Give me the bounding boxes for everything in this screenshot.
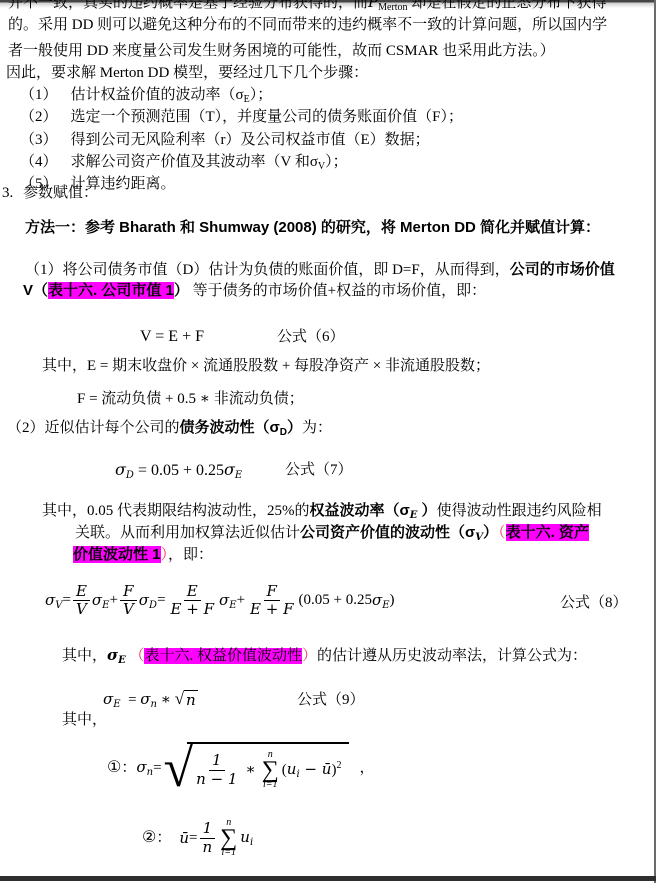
- formula-9: σE = σn ∗ √n: [103, 690, 198, 710]
- method-1-heading: 方法一：参考 Bharath 和 Shumway (2008) 的研究，将 Me…: [25, 219, 600, 238]
- para4: 其中，σE （表十六. 权益价值波动性）的估计遵从历史波动率法，计算公式为：: [62, 646, 587, 666]
- step-3-number: （3）: [20, 131, 58, 150]
- step-2: （2）选定一个预测范围（T），并度量公司的债务账面价值（F）；: [20, 108, 463, 127]
- step-2-text: 选定一个预测范围（T），并度量公司的债务账面价值（F）；: [71, 109, 464, 125]
- e-definition: 其中，E = 期末收盘价 × 流通股股数 + 每股净资产 × 非流通股股数；: [42, 357, 490, 376]
- formula-7-label: 公式（7）: [285, 461, 353, 480]
- formula-6-label: 公式（6）: [277, 328, 345, 347]
- formula-circ2: ② ： ū = 1n n∑i=1 ui: [142, 818, 253, 858]
- formula-7: σD = 0.05 + 0.25σE: [115, 460, 242, 481]
- step-3-text: 得到公司无风险利率（r）及公司权益市值（E）数据；: [71, 132, 430, 148]
- para1-line1-bold: 公司的市场价值: [510, 261, 615, 278]
- circled-1-icon: ①: [107, 758, 121, 778]
- summation: n∑i=1: [220, 818, 237, 858]
- para1-line2: V（表十六. 公司市值 1） 等于债务的市场价值+权益的市场价值，即：: [23, 282, 486, 301]
- section-3-number: 3.: [2, 185, 13, 201]
- pink-paren-open-2: （: [129, 648, 144, 664]
- section-3-title: 参数赋值：: [23, 185, 98, 201]
- p-merton-var: PMerton: [368, 0, 408, 11]
- document-page: 并不一致，真实的违约概率是基于经验分布获得的，而PMerton 却是在假定的正态…: [0, 0, 656, 883]
- fraction-1-n: 1n: [200, 820, 216, 856]
- qizhong-label: 其中，: [62, 711, 107, 730]
- fraction-F-EF: FE + F: [247, 583, 296, 619]
- formula-circ1: ① ： σn = √ 1n − 1 ∗ n∑i=1 (ui − ū)2 ，: [107, 742, 374, 794]
- highlight-company-value: 表十六. 公司市值 1: [48, 282, 174, 299]
- summation: n∑i=1: [262, 750, 279, 790]
- para3-line2: 关联。从而利用加权算法近似估计公司资产价值的波动性（σV）（表十六. 资产: [75, 524, 589, 543]
- big-radical: √ 1n − 1 ∗ n∑i=1 (ui − ū)2: [164, 742, 350, 794]
- section-3: 3. 参数赋值：: [2, 184, 98, 203]
- intro-line4: 因此，要求解 Merton DD 模型，要经过几下几个步骤：: [6, 64, 368, 83]
- formula-6: V = E + F: [140, 327, 204, 347]
- para1-line1: （1）将公司债务市值（D）估计为负债的账面价值，即 D=F，从而得到，公司的市场…: [25, 261, 615, 280]
- formula-8-label: 公式（8）: [560, 594, 628, 613]
- pink-paren-close: ）: [161, 547, 169, 563]
- intro-line2: 的。采用 DD 则可以避免这种分布的不同而带来的违约概率不一致的计算问题，所以国…: [8, 16, 607, 35]
- para1-line2-rest: 等于债务的市场价值+权益的市场价值，即：: [193, 283, 486, 299]
- para3-line3: 价值波动性 1），即：: [73, 546, 213, 565]
- pink-paren-open: （: [498, 525, 506, 541]
- para3-line1: 其中，0.05 代表期限结构波动性，25%的权益波动率（σE ）使得波动性跟违约…: [42, 502, 602, 521]
- highlight-equity-vol: 表十六. 权益价值波动性: [144, 648, 302, 664]
- pink-paren-close-2: ）: [302, 648, 317, 664]
- step-3: （3）得到公司无风险利率（r）及公司权益市值（E）数据；: [20, 131, 430, 150]
- circled-2-icon: ②: [142, 828, 156, 848]
- fraction-E-EF: EE + F: [168, 583, 217, 619]
- sqrt-n: √n: [175, 690, 198, 710]
- intro-line1: 并不一致，真实的违约概率是基于经验分布获得的，而PMerton 却是在假定的正态…: [8, 0, 606, 13]
- highlight-asset-vol-2: 价值波动性 1: [73, 546, 161, 563]
- formula-8: σV = EV σE + FV σD = EE + F σE + FE + F …: [45, 583, 395, 619]
- step-1-text: 估计权益价值的波动率（σ: [71, 87, 244, 103]
- fraction-F-V: FV: [120, 583, 137, 619]
- step-1: （1）估计权益价值的波动率（σE）；: [20, 86, 272, 105]
- para2: （2）近似估计每个公司的债务波动性（σD）为：: [7, 419, 332, 438]
- f-definition: F = 流动负债 + 0.5 ∗ 非流动负债；: [77, 390, 304, 409]
- intro-line1-rest: 却是在假定的正态分布下获得: [408, 0, 607, 11]
- step-4-text: 求解公司资产价值及其波动率（V 和σ: [71, 154, 318, 170]
- step-1-number: （1）: [20, 86, 58, 105]
- step-2-number: （2）: [20, 108, 58, 127]
- step-4: （4）求解公司资产价值及其波动率（V 和σV）；: [20, 153, 348, 172]
- radical-icon: √: [175, 690, 184, 709]
- intro-line1-text: 并不一致，真实的违约概率是基于经验分布获得的，而: [8, 0, 368, 11]
- page-bottom-bar: [0, 876, 656, 881]
- intro-line3: 者一般使用 DD 来度量公司发生财务困境的可能性，故而 CSMAR 也采用此方法…: [8, 42, 555, 61]
- fraction-E-V: EV: [73, 583, 90, 619]
- fraction-1-n-1: 1n − 1: [193, 752, 240, 788]
- highlight-asset-vol-1: 表十六. 资产: [506, 524, 589, 541]
- para1-line1-text: （1）将公司债务市值（D）估计为负债的账面价值，即 D=F，从而得到，: [25, 262, 510, 278]
- formula-9-label: 公式（9）: [297, 691, 365, 710]
- step-4-number: （4）: [20, 153, 58, 172]
